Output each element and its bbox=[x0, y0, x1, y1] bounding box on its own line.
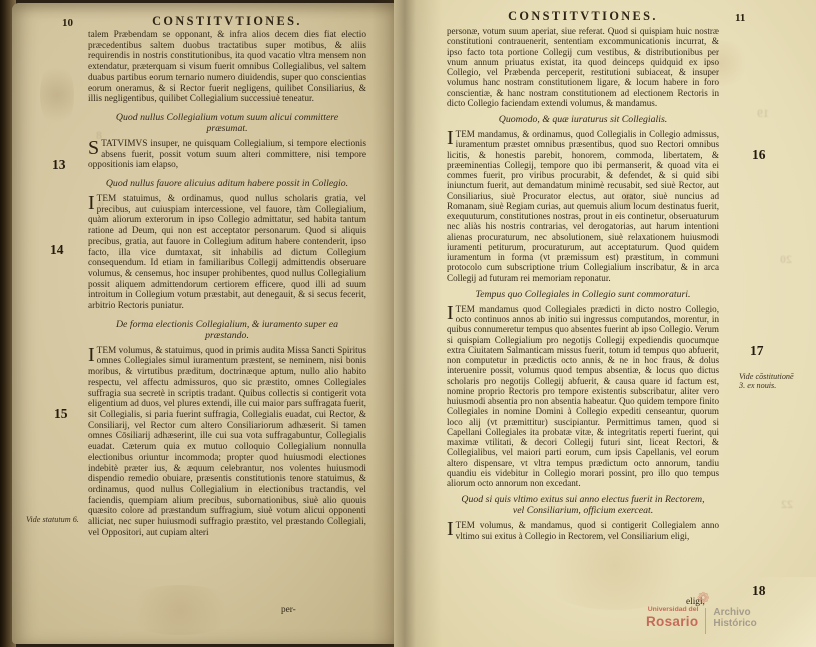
margin-number-16: 16 bbox=[752, 147, 766, 163]
catchword: per- bbox=[281, 605, 296, 615]
section-body: TATVIMVS insuper, ne quisquam Collegiali… bbox=[88, 139, 366, 170]
drop-cap: I bbox=[447, 129, 456, 147]
section-heading: Quod si quis vltimo exitus sui anno elec… bbox=[459, 494, 707, 516]
continuation-paragraph: personæ, votum suum aperiat, siue refera… bbox=[447, 26, 719, 108]
university-name-top: Universidad del bbox=[646, 607, 698, 614]
left-page-number: 10 bbox=[62, 17, 73, 29]
margin-number-13: 13 bbox=[52, 157, 66, 173]
drop-cap: S bbox=[88, 139, 101, 157]
section-heading: Quod nullus Collegialium votum suum alic… bbox=[104, 112, 350, 134]
margin-note: Vide cōstitutionē 3. ex nouis. bbox=[739, 372, 795, 391]
right-text-block: personæ, votum suum aperiat, siue refera… bbox=[447, 26, 719, 616]
section-heading: Quod nullus fauore alicuius aditum haber… bbox=[104, 178, 350, 189]
section-heading: Tempus quo Collegiales in Collegio sunt … bbox=[459, 289, 707, 300]
section-body: TEM mandamus quod Collegiales prædicti i… bbox=[447, 304, 719, 488]
drop-cap: I bbox=[88, 346, 97, 364]
margin-note: Vide statutum 6. bbox=[26, 515, 80, 524]
archive-label: Archivo Histórico bbox=[713, 607, 756, 629]
section-heading: De forma electionis Collegialium, & iura… bbox=[104, 319, 350, 341]
archive-label-top: Archivo bbox=[713, 607, 756, 618]
section-body: TEM statuimus, & ordinamus, quod nullus … bbox=[88, 194, 366, 311]
section-paragraph: ITEM volumus, & statuimus, quod in primi… bbox=[88, 346, 366, 539]
section-paragraph: ITEM mandamus, & ordinamus, quod Collegi… bbox=[447, 129, 719, 283]
watermark-divider bbox=[705, 608, 706, 634]
section-paragraph: STATVIMVS insuper, ne quisquam Collegial… bbox=[88, 139, 366, 171]
section-body: TEM volumus, & mandamus, quod si contige… bbox=[456, 520, 719, 540]
margin-number-17: 17 bbox=[750, 343, 764, 359]
archive-watermark: Universidad del Rosario Archivo Históric… bbox=[646, 607, 757, 634]
section-body: TEM mandamus, & ordinamus, quod Collegia… bbox=[447, 129, 719, 283]
margin-number-15: 15 bbox=[54, 406, 68, 422]
section-paragraph: ITEM mandamus quod Collegiales prædicti … bbox=[447, 304, 719, 489]
section-heading: Quomodo, & quæ iuraturus sit Collegialis… bbox=[459, 114, 707, 125]
drop-cap: I bbox=[447, 520, 456, 538]
margin-number-14: 14 bbox=[50, 242, 64, 258]
archive-label-bottom: Histórico bbox=[713, 618, 756, 629]
rosario-crest-icon: ❁ bbox=[697, 589, 710, 608]
drop-cap: I bbox=[88, 194, 97, 212]
book-scan: 19 20 22 8 9 10 CONSTITVTIONES. talem Pr… bbox=[0, 0, 816, 647]
margin-number-18: 18 bbox=[752, 583, 766, 599]
right-running-title: CONSTITVTIONES. bbox=[447, 9, 719, 24]
continuation-paragraph: talem Præbendam se opponant, & infra ali… bbox=[88, 30, 366, 105]
left-text-block: talem Præbendam se opponant, & infra ali… bbox=[88, 30, 366, 615]
drop-cap: I bbox=[447, 304, 456, 322]
section-paragraph: ITEM volumus, & mandamus, quod si contig… bbox=[447, 520, 719, 541]
section-body: TEM volumus, & statuimus, quod in primis… bbox=[88, 346, 366, 538]
university-name-main: Rosario bbox=[646, 615, 698, 629]
university-wordmark: Universidad del Rosario bbox=[646, 607, 698, 628]
left-running-title: CONSTITVTIONES. bbox=[88, 14, 366, 29]
right-page-number: 11 bbox=[735, 12, 745, 24]
section-paragraph: ITEM statuimus, & ordinamus, quod nullus… bbox=[88, 194, 366, 312]
